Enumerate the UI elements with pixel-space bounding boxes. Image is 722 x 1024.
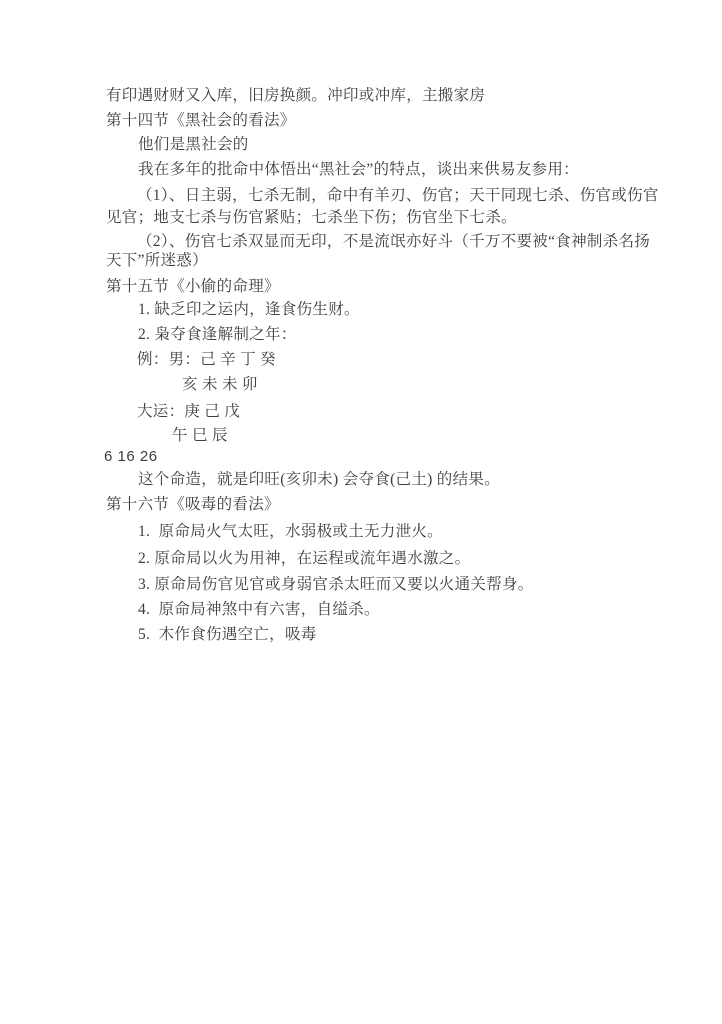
document-page: 有印遇财财又入库，旧房换颜。冲印或冲库，主搬家房 第十四节《黑社会的看法》 他们… [0,0,722,1024]
section-16-item-4: 4. 原命局神煞中有六害，自缢杀。 [138,600,380,620]
bazi-example-branches: 亥 未 未 卯 [182,375,258,395]
line-intro: 有印遇财财又入库，旧房换颜。冲印或冲库，主搬家房 [106,86,485,106]
section-14-heading: 第十四节《黑社会的看法》 [106,111,296,131]
section-16-item-5: 5. 木作食伤遇空亡，吸毒 [138,625,317,645]
section-15-item-1: 1. 缺乏印之运内，逢食伤生财。 [138,300,360,320]
section-14-point-1-line-2: 见官；地支七杀与伤官紧贴；七杀坐下伤；伤官坐下七杀。 [106,208,517,228]
section-15-conclusion: 这个命造，就是印旺(亥卯未) 会夺食(己土) 的结果。 [138,470,500,490]
section-14-point-2-line-1: （2）、伤官七杀双显而无印，不是流氓亦好斗（千万不要被“食神制杀名扬 [137,232,650,252]
bazi-dayun-stems: 大运：庚 己 戊 [137,402,240,422]
section-16-item-2: 2. 原命局以火为用神，在运程或流年遇水激之。 [138,549,470,569]
section-15-item-2: 2. 枭夺食逢解制之年： [138,325,297,345]
bazi-example-stems: 例：男：己 辛 丁 癸 [137,350,276,370]
section-14-para-1: 他们是黑社会的 [138,135,249,155]
section-16-heading: 第十六节《吸毒的看法》 [106,495,280,515]
section-15-heading: 第十五节《小偷的命理》 [106,277,280,297]
section-16-item-1: 1. 原命局火气太旺，水弱极或土无力泄火。 [138,522,443,542]
bazi-dayun-branches: 午 巳 辰 [172,426,228,446]
section-14-point-2-line-2: 天下”所迷惑） [106,251,208,271]
section-14-para-2: 我在多年的批命中体悟出“黑社会”的特点，谈出来供易友参用： [138,160,579,180]
section-16-item-3: 3. 原命局伤官见官或身弱官杀太旺而又要以火通关帮身。 [138,575,534,595]
bazi-dayun-start-ages: 6 16 26 [104,447,158,467]
section-14-point-1-line-1: （1）、日主弱，七杀无制，命中有羊刃、伤官；天干同现七杀、伤官或伤官 [137,186,659,206]
